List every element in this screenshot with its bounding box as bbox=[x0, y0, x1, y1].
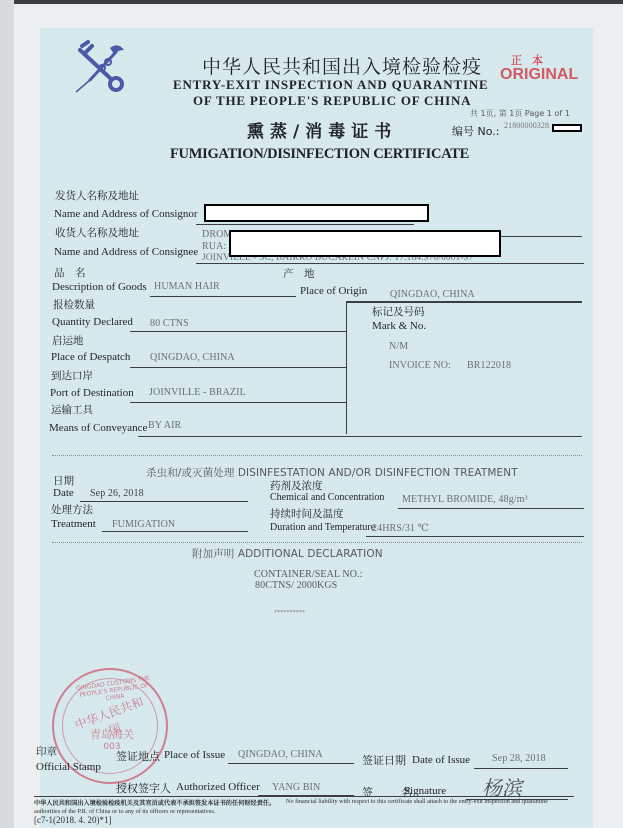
additional-line2: 80CTNS/ 2000KGS bbox=[255, 580, 337, 591]
goods-underline bbox=[150, 296, 296, 297]
disclaimer-en-1: No financial liability with respect to t… bbox=[286, 798, 548, 805]
goods-value: HUMAN HAIR bbox=[154, 281, 220, 292]
treatment-date-value: Sep 26, 2018 bbox=[90, 488, 144, 499]
footer-divider bbox=[34, 796, 574, 797]
certificate-title-en: FUMIGATION/DISINFECTION CERTIFICATE bbox=[170, 146, 469, 163]
consignor-underline bbox=[196, 224, 414, 225]
consignee-line1: DROM bbox=[202, 229, 232, 240]
quantity-value: 80 CTNS bbox=[150, 318, 189, 329]
conveyance-label-cn: 运输工具 bbox=[51, 402, 93, 417]
duration-label-en: Duration and Temperature bbox=[270, 522, 375, 533]
page-info: 共 1页, 第 1页 Page 1 of 1 bbox=[470, 108, 570, 119]
conveyance-value: BY AIR bbox=[148, 420, 181, 431]
disclaimer-en-2: authorities of the P.R. of China or to a… bbox=[34, 808, 215, 815]
key-caduceus-emblem-icon bbox=[72, 38, 128, 94]
method-label-en: Treatment bbox=[51, 518, 96, 530]
origin-label-en: Place of Origin bbox=[300, 285, 367, 297]
marks-top-line bbox=[346, 302, 582, 303]
place-issue-label-en: Place of Issue bbox=[164, 749, 225, 761]
consignee-label-cn: 收货人名称及地址 bbox=[55, 225, 139, 240]
despatch-underline bbox=[130, 367, 346, 368]
destination-value: JOINVILLE - BRAZIL bbox=[149, 387, 246, 398]
consignor-redaction bbox=[204, 204, 429, 222]
chemical-label-en: Chemical and Concentration bbox=[270, 492, 384, 503]
goods-label-cn: 品 名 bbox=[54, 265, 86, 280]
certificate-number-label: 编号 No.: bbox=[452, 123, 499, 139]
consignee-line2: RUA: bbox=[202, 241, 226, 252]
treatment-heading: 杀虫和/或灭菌处理 DISINFESTATION AND/OR DISINFEC… bbox=[146, 465, 518, 480]
despatch-label-en: Place of Despatch bbox=[51, 351, 130, 363]
authority-title-en-1: ENTRY-EXIT INSPECTION AND QUARANTINE bbox=[173, 77, 489, 93]
date-issue-underline bbox=[474, 768, 568, 769]
treatment-date-underline bbox=[80, 501, 248, 502]
certificate-number-value: 21800000328 bbox=[504, 121, 549, 130]
scanner-edge bbox=[0, 0, 623, 4]
destination-label-cn: 到达口岸 bbox=[51, 368, 93, 383]
marks-line1: N/M bbox=[389, 341, 408, 352]
stamp-center-line2: 青岛海关 bbox=[72, 726, 152, 742]
destination-underline bbox=[130, 402, 346, 403]
disclaimer-cn: 中华人民共和国出入境检验检疫机关及其官员或代表不承担签发本证书的任何财经责任。 bbox=[34, 798, 275, 807]
treatment-date-label-cn: 日期 bbox=[53, 473, 74, 488]
authority-title-cn: 中华人民共和国出入境检验检疫 bbox=[202, 52, 482, 79]
consignor-label-en: Name and Address of Consignor bbox=[54, 208, 198, 220]
despatch-value: QINGDAO, CHINA bbox=[150, 352, 235, 363]
origin-label-cn: 产 地 bbox=[283, 266, 315, 281]
date-issue-label-en: Date of Issue bbox=[412, 754, 470, 766]
additional-heading: 附加声明 ADDITIONAL DECLARATION bbox=[192, 546, 383, 561]
original-mark-en: ORIGINAL bbox=[500, 66, 578, 84]
quantity-label-cn: 报检数量 bbox=[53, 297, 95, 312]
place-issue-label-cn: 签证地点 bbox=[116, 748, 160, 764]
officer-value: YANG BIN bbox=[272, 782, 320, 793]
date-issue-value: Sep 28, 2018 bbox=[492, 753, 546, 764]
marks-divider bbox=[346, 302, 347, 434]
destination-label-en: Port of Destination bbox=[50, 387, 134, 399]
method-underline bbox=[102, 531, 248, 532]
redaction-box bbox=[552, 124, 582, 132]
despatch-label-cn: 启运地 bbox=[52, 333, 84, 348]
officer-label-cn: 授权签字人 bbox=[116, 780, 171, 796]
chemical-underline bbox=[398, 508, 584, 509]
duration-underline bbox=[366, 536, 584, 537]
duration-label-cn: 持续时间及温度 bbox=[270, 506, 344, 521]
place-issue-value: QINGDAO, CHINA bbox=[238, 749, 323, 760]
consignee-redaction bbox=[229, 230, 501, 257]
chemical-label-cn: 药剂及浓度 bbox=[270, 478, 323, 493]
treatment-date-label-en: Date bbox=[53, 487, 74, 499]
chemical-value: METHYL BROMIDE, 48g/m³ bbox=[402, 494, 528, 505]
page-edge bbox=[0, 0, 14, 828]
origin-value: QINGDAO, CHINA bbox=[390, 289, 475, 300]
quantity-label-en: Quantity Declared bbox=[52, 316, 133, 328]
marks-invoice-label: INVOICE NO: bbox=[389, 360, 451, 371]
duration-value: 24HRS/31 ℃ bbox=[372, 523, 429, 534]
date-issue-label-cn: 签证日期 bbox=[362, 752, 406, 768]
consignee-underline-2 bbox=[196, 263, 584, 264]
stamp-label-en: Official Stamp bbox=[36, 761, 101, 773]
marks-label-cn: 标记及号码 bbox=[372, 304, 425, 319]
authority-title-en-2: OF THE PEOPLE'S REPUBLIC OF CHINA bbox=[193, 93, 471, 109]
conveyance-underline bbox=[138, 436, 582, 437]
consignor-label-cn: 发货人名称及地址 bbox=[55, 188, 139, 203]
treatment-bottom-dotted-line bbox=[52, 542, 582, 543]
stamp-label-cn: 印章 bbox=[36, 744, 57, 759]
additional-end-mark: ********** bbox=[274, 610, 305, 616]
form-code: [c7-1(2018. 4. 20)*1] bbox=[34, 815, 111, 825]
conveyance-label-en: Means of Conveyance bbox=[49, 422, 147, 434]
marks-label-en: Mark & No. bbox=[372, 320, 426, 332]
goods-label-en: Description of Goods bbox=[52, 281, 147, 293]
additional-line1: CONTAINER/SEAL NO.: bbox=[254, 569, 363, 580]
method-label-cn: 处理方法 bbox=[51, 502, 93, 517]
certificate-title-cn: 熏蒸/消毒证书 bbox=[247, 117, 397, 142]
quantity-underline bbox=[130, 331, 346, 332]
consignee-label-en: Name and Address of Consignee bbox=[54, 246, 198, 258]
marks-invoice-value: BR122018 bbox=[467, 360, 511, 371]
place-issue-underline bbox=[228, 763, 354, 764]
officer-label-en: Authorized Officer bbox=[176, 781, 260, 793]
treatment-top-dotted-line bbox=[52, 455, 582, 456]
method-value: FUMIGATION bbox=[112, 519, 175, 530]
